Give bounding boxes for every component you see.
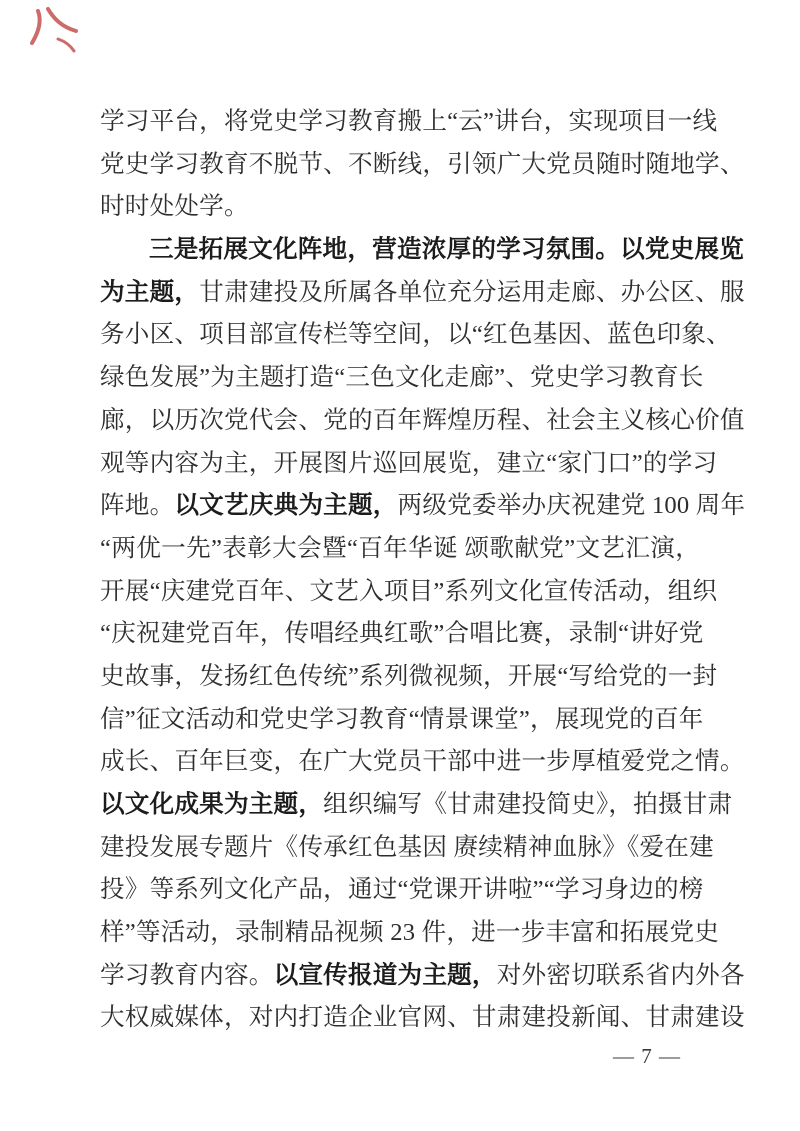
bold-text-segment: 三是拓展文化阵地，营造浓厚的学习氛围。以党史展览: [149, 236, 744, 263]
text-line: 廊，以历次党代会、党的百年辉煌历程、社会主义核心价值: [100, 400, 700, 443]
text-line: 务小区、项目部宣传栏等空间，以“红色基因、蓝色印象、: [100, 314, 700, 357]
text-line: “庆祝建党百年，传唱经典红歌”合唱比赛，录制“讲好党: [100, 613, 700, 656]
text-line: “两优一先”表彰大会暨“百年华诞 颂歌献党”文艺汇演，: [100, 528, 700, 571]
text-line: 学习教育内容。以宣传报道为主题，对外密切联系省内外各: [100, 955, 700, 998]
text-segment: 学习平台，将党史学习教育搬上“云”讲台，实现项目一线: [100, 108, 717, 135]
text-line: 以文化成果为主题，组织编写《甘肃建投简史》，拍摄甘肃: [100, 784, 700, 827]
red-ink-mark: [28, 5, 80, 53]
text-segment: 观等内容为主，开展图片巡回展览，建立“家门口”的学习: [100, 450, 717, 477]
text-line: 三是拓展文化阵地，营造浓厚的学习氛围。以党史展览: [100, 229, 700, 272]
text-segment: 史故事，发扬红色传统”系列微视频，开展“写给党的一封: [100, 663, 717, 690]
bold-text-segment: 以宣传报道为主题，: [274, 962, 497, 989]
text-line: 学习平台，将党史学习教育搬上“云”讲台，实现项目一线: [100, 101, 700, 144]
text-segment: 两级党委举办庆祝建党 100 周年: [398, 492, 746, 519]
text-segment: 成长、百年巨变，在广大党员干部中进一步厚植爱党之情。: [100, 748, 745, 775]
text-segment: “两优一先”表彰大会暨“百年华诞 颂歌献党”文艺汇演，: [100, 535, 700, 562]
text-line: 为主题，甘肃建投及所属各单位充分运用走廊、办公区、服: [100, 272, 700, 315]
page-number: — 7 —: [604, 1044, 690, 1069]
text-line: 绿色发展”为主题打造“三色文化走廊”、党史学习教育长: [100, 357, 700, 400]
document-page: 学习平台，将党史学习教育搬上“云”讲台，实现项目一线党史学习教育不脱节、不断线，…: [0, 0, 800, 1131]
text-segment: 时时处处学。: [100, 193, 249, 220]
document-body: 学习平台，将党史学习教育搬上“云”讲台，实现项目一线党史学习教育不脱节、不断线，…: [100, 101, 700, 1040]
text-line: 党史学习教育不脱节、不断线，引领广大党员随时随地学、: [100, 144, 700, 187]
text-segment: 对外密切联系省内外各: [497, 962, 745, 989]
bold-text-segment: 以文化成果为主题，: [100, 791, 323, 818]
text-segment: 学习教育内容。: [100, 962, 274, 989]
text-line: 成长、百年巨变，在广大党员干部中进一步厚植爱党之情。: [100, 741, 700, 784]
text-segment: “庆祝建党百年，传唱经典红歌”合唱比赛，录制“讲好党: [100, 620, 704, 647]
text-line: 史故事，发扬红色传统”系列微视频，开展“写给党的一封: [100, 656, 700, 699]
text-line: 投》等系列文化产品，通过“党课开讲啦”“学习身边的榜: [100, 869, 700, 912]
text-line: 开展“庆建党百年、文艺入项目”系列文化宣传活动，组织: [100, 571, 700, 614]
text-segment: 组织编写《甘肃建投简史》，拍摄甘肃: [323, 791, 732, 818]
text-segment: 开展“庆建党百年、文艺入项目”系列文化宣传活动，组织: [100, 578, 717, 605]
text-segment: 绿色发展”为主题打造“三色文化走廊”、党史学习教育长: [100, 364, 704, 391]
text-segment: 投》等系列文化产品，通过“党课开讲啦”“学习身边的榜: [100, 876, 704, 903]
text-segment: 建投发展专题片《传承红色基因 赓续精神血脉》《爱在建: [100, 834, 714, 861]
bold-text-segment: 以文艺庆典为主题，: [174, 492, 397, 519]
text-line: 样”等活动，录制精品视频 23 件，进一步丰富和拓展党史: [100, 912, 700, 955]
text-segment: 大权威媒体，对内打造企业官网、甘肃建投新闻、甘肃建设: [100, 1004, 745, 1031]
text-segment: 务小区、项目部宣传栏等空间，以“红色基因、蓝色印象、: [100, 321, 731, 348]
text-line: 时时处处学。: [100, 186, 700, 229]
text-line: 阵地。以文艺庆典为主题，两级党委举办庆祝建党 100 周年: [100, 485, 700, 528]
text-segment: 阵地。: [100, 492, 174, 519]
text-segment: 廊，以历次党代会、党的百年辉煌历程、社会主义核心价值: [100, 407, 745, 434]
text-line: 信”征文活动和党史学习教育“情景课堂”，展现党的百年: [100, 699, 700, 742]
text-segment: 样”等活动，录制精品视频 23 件，进一步丰富和拓展党史: [100, 919, 719, 946]
text-segment: 信”征文活动和党史学习教育“情景课堂”，展现党的百年: [100, 706, 704, 733]
text-line: 观等内容为主，开展图片巡回展览，建立“家门口”的学习: [100, 443, 700, 486]
text-segment: 党史学习教育不脱节、不断线，引领广大党员随时随地学、: [100, 151, 745, 178]
text-line: 建投发展专题片《传承红色基因 赓续精神血脉》《爱在建: [100, 827, 700, 870]
bold-text-segment: 为主题，: [100, 279, 199, 306]
text-segment: 甘肃建投及所属各单位充分运用走廊、办公区、服: [199, 279, 744, 306]
text-line: 大权威媒体，对内打造企业官网、甘肃建投新闻、甘肃建设: [100, 997, 700, 1040]
